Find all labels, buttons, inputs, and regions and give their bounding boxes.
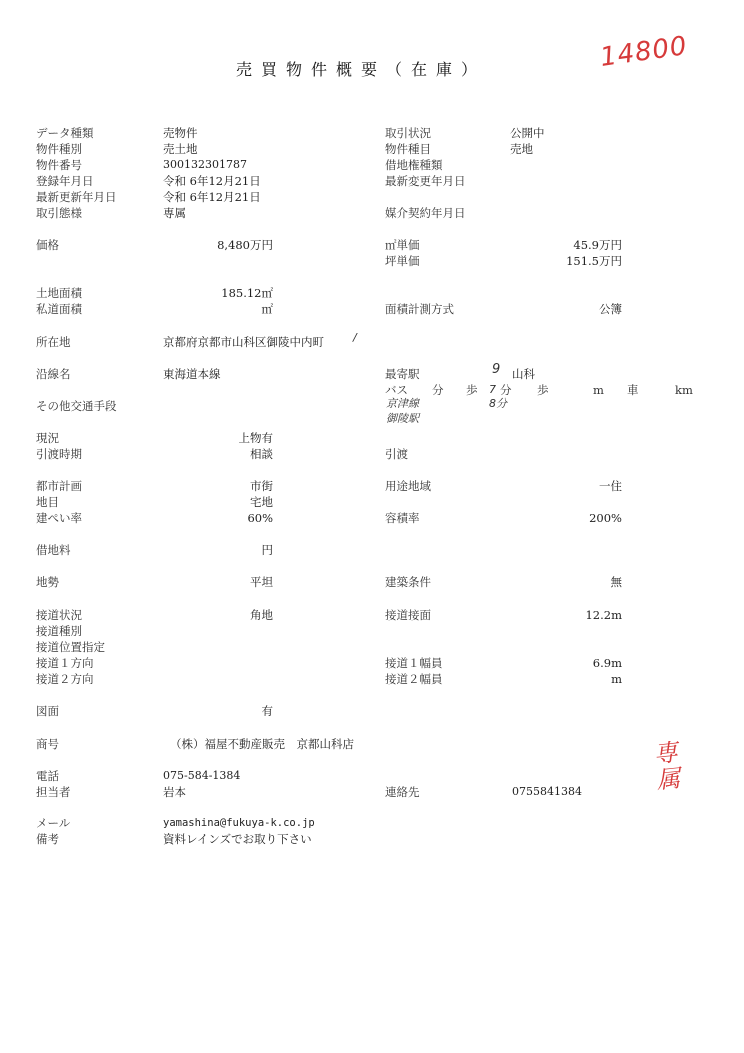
handwritten-address-mark: / bbox=[353, 330, 357, 346]
value-coverage-ratio: 60% bbox=[163, 510, 273, 526]
label-person: 担当者 bbox=[36, 784, 71, 800]
value-property-number: 300132301787 bbox=[163, 157, 247, 173]
value-registered-date: 令和 6年12月21日 bbox=[163, 173, 261, 189]
value-line-name: 東海道本線 bbox=[163, 366, 221, 382]
value-building-condition: 無 bbox=[510, 574, 622, 590]
value-person: 岩本 bbox=[163, 784, 186, 800]
value-transaction-mode: 専属 bbox=[163, 205, 186, 221]
label-area-method: 面積計測方式 bbox=[385, 301, 454, 317]
label-bus-minutes: 分 bbox=[432, 382, 444, 398]
value-nearest-station: 山科 bbox=[512, 366, 535, 382]
label-land-category: 地目 bbox=[36, 494, 59, 510]
label-price: 価格 bbox=[36, 237, 59, 253]
label-property-type: 物件種別 bbox=[36, 141, 82, 157]
label-land-rent: 借地料 bbox=[36, 542, 71, 558]
label-contact: 連絡先 bbox=[385, 784, 420, 800]
label-registered-date: 登録年月日 bbox=[36, 173, 94, 189]
label-updated-date: 最新更新年月日 bbox=[36, 189, 117, 205]
label-price-per-sqm: ㎡単価 bbox=[385, 237, 420, 253]
label-nearest-station: 最寄駅 bbox=[385, 366, 420, 382]
document-title: 売買物件概要（在庫） bbox=[236, 62, 486, 78]
label-terrain: 地勢 bbox=[36, 574, 59, 590]
label-other-transport: その他交通手段 bbox=[36, 398, 117, 414]
handwritten-number: 14800 bbox=[599, 38, 688, 66]
handwritten-stamp: 専属 bbox=[652, 739, 687, 794]
value-road1-width: 6.9m bbox=[510, 655, 622, 671]
label-data-type: データ種類 bbox=[36, 125, 94, 141]
label-line-name: 沿線名 bbox=[36, 366, 71, 382]
label-trade-name: 商号 bbox=[36, 736, 59, 752]
value-property-item: 売地 bbox=[510, 141, 533, 157]
label-current-status: 現況 bbox=[36, 430, 59, 446]
value-road2-width: m bbox=[510, 671, 622, 687]
label-car: 車 bbox=[627, 382, 639, 398]
value-data-type: 売物件 bbox=[163, 125, 198, 141]
value-contact: 0755841384 bbox=[512, 784, 582, 800]
value-terrain: 平坦 bbox=[163, 574, 273, 590]
value-use-district: 一住 bbox=[510, 478, 622, 494]
label-city-planning: 都市計画 bbox=[36, 478, 82, 494]
label-road-designation: 接道位置指定 bbox=[36, 639, 105, 655]
label-floor-area-ratio: 容積率 bbox=[385, 510, 420, 526]
value-drawing: 有 bbox=[163, 703, 273, 719]
handwritten-line-note: 京津線 bbox=[386, 396, 419, 412]
label-meters: m bbox=[593, 382, 604, 398]
label-property-item: 物件種目 bbox=[385, 141, 431, 157]
label-bus-walk: 歩 bbox=[466, 382, 478, 398]
label-coverage-ratio: 建ぺい率 bbox=[36, 510, 82, 526]
label-km: km bbox=[675, 382, 693, 398]
label-road2-width: 接道２幅員 bbox=[385, 671, 443, 687]
label-transaction-status: 取引状況 bbox=[385, 125, 431, 141]
label-transaction-mode: 取引態様 bbox=[36, 205, 82, 221]
label-building-condition: 建築条件 bbox=[385, 574, 431, 590]
label-use-district: 用途地域 bbox=[385, 478, 431, 494]
handwritten-station-name-note: 御陵駅 bbox=[386, 411, 419, 427]
label-road2-direction: 接道２方向 bbox=[36, 671, 94, 687]
value-price: 8,480万円 bbox=[163, 237, 273, 253]
value-price-per-tsubo: 151.5万円 bbox=[510, 253, 622, 269]
label-walk: 歩 bbox=[537, 382, 549, 398]
value-trade-name: （株）福屋不動産販売 京都山科店 bbox=[170, 736, 354, 752]
label-handover: 引渡 bbox=[385, 446, 408, 462]
value-updated-date: 令和 6年12月21日 bbox=[163, 189, 261, 205]
handwritten-walk-note: 8分 bbox=[489, 396, 507, 412]
value-price-per-sqm: 45.9万円 bbox=[510, 237, 622, 253]
label-drawing: 図面 bbox=[36, 703, 59, 719]
label-road1-width: 接道１幅員 bbox=[385, 655, 443, 671]
label-remarks: 備考 bbox=[36, 831, 59, 847]
label-property-number: 物件番号 bbox=[36, 157, 82, 173]
value-road-access: 角地 bbox=[163, 607, 273, 623]
value-floor-area-ratio: 200% bbox=[510, 510, 622, 526]
value-phone: 075-584-1384 bbox=[163, 768, 240, 784]
value-land-category: 宅地 bbox=[163, 494, 273, 510]
value-remarks: 資料レインズでお取り下さい bbox=[163, 831, 312, 847]
value-private-road-area: ㎡ bbox=[163, 301, 273, 317]
value-city-planning: 市街 bbox=[163, 478, 273, 494]
label-location: 所在地 bbox=[36, 334, 71, 350]
label-private-road-area: 私道面積 bbox=[36, 301, 82, 317]
handwritten-station-note: 9 bbox=[492, 362, 500, 378]
label-email: メール bbox=[36, 815, 70, 831]
label-road1-direction: 接道１方向 bbox=[36, 655, 94, 671]
value-transaction-status: 公開中 bbox=[510, 125, 545, 141]
value-location: 京都府京都市山科区御陵中内町 bbox=[163, 334, 324, 350]
value-road-frontage: 12.2m bbox=[510, 607, 622, 623]
label-latest-change-date: 最新変更年月日 bbox=[385, 173, 466, 189]
label-brokerage-date: 媒介契約年月日 bbox=[385, 205, 466, 221]
value-land-rent: 円 bbox=[163, 542, 273, 558]
label-leasehold-type: 借地権種類 bbox=[385, 157, 443, 173]
value-current-status: 上物有 bbox=[163, 430, 273, 446]
value-property-type: 売土地 bbox=[163, 141, 198, 157]
value-delivery-time: 相談 bbox=[163, 446, 273, 462]
label-road-access: 接道状況 bbox=[36, 607, 82, 623]
label-road-type: 接道種別 bbox=[36, 623, 82, 639]
label-road-frontage: 接道接面 bbox=[385, 607, 431, 623]
label-delivery-time: 引渡時期 bbox=[36, 446, 82, 462]
value-email: yamashina@fukuya-k.co.jp bbox=[163, 815, 315, 831]
label-phone: 電話 bbox=[36, 768, 59, 784]
label-price-per-tsubo: 坪単価 bbox=[385, 253, 420, 269]
value-area-method: 公簿 bbox=[510, 301, 622, 317]
label-land-area: 土地面積 bbox=[36, 285, 82, 301]
value-land-area: 185.12㎡ bbox=[163, 285, 273, 301]
